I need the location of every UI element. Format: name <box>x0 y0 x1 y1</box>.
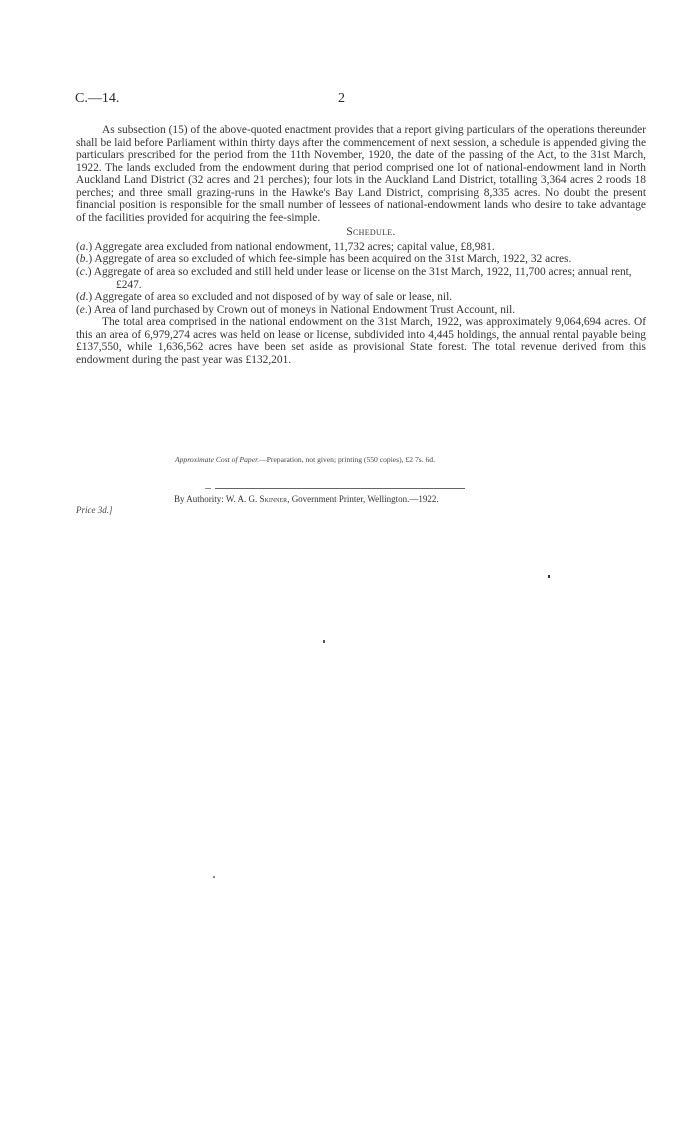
cost-note: Approximate Cost of Paper.—Preparation, … <box>175 455 435 464</box>
schedule-list: (a.) Aggregate area excluded from nation… <box>76 241 646 316</box>
schedule-item: (c.) Aggregate of area so excluded and s… <box>76 266 646 291</box>
intro-paragraph: As subsection (15) of the above-quoted e… <box>76 124 646 224</box>
footer-rule <box>215 488 465 489</box>
document-reference: C.—14. <box>75 91 119 107</box>
cost-text: —Preparation, not given; printing (550 c… <box>259 455 435 464</box>
authority-prefix: By Authority: W. A. G. <box>174 494 260 504</box>
schedule-item-label: a <box>80 241 86 253</box>
schedule-item-label: d <box>80 291 86 303</box>
page-number: 2 <box>338 91 345 107</box>
authority-line: By Authority: W. A. G. Skinner, Governme… <box>174 494 439 504</box>
schedule-item-text: Aggregate area excluded from national en… <box>94 241 494 253</box>
body-text: As subsection (15) of the above-quoted e… <box>76 124 646 366</box>
schedule-item: (b.) Aggregate of area so excluded of wh… <box>76 253 646 266</box>
authority-suffix: , Government Printer, Wellington.—1922. <box>287 494 438 504</box>
price-note: Price 3d.] <box>76 505 113 515</box>
scan-speck <box>213 876 215 878</box>
schedule-item-text: Aggregate of area so excluded and not di… <box>94 291 452 303</box>
rule-dash <box>205 488 211 489</box>
schedule-item-label: b <box>80 253 86 265</box>
schedule-item-text: Aggregate of area so excluded of which f… <box>94 253 571 265</box>
schedule-item-label: e <box>80 304 85 316</box>
schedule-item: (a.) Aggregate area excluded from nation… <box>76 241 646 254</box>
closing-paragraph: The total area comprised in the national… <box>76 316 646 366</box>
scan-speck <box>323 640 325 643</box>
schedule-item: (d.) Aggregate of area so excluded and n… <box>76 291 646 304</box>
schedule-item-text: Area of land purchased by Crown out of m… <box>94 304 515 316</box>
schedule-heading: Schedule. <box>76 226 646 239</box>
page-header: C.—14. 2 <box>75 91 655 111</box>
printer-name: Skinner <box>260 494 288 504</box>
scan-speck <box>548 575 550 578</box>
document-page: C.—14. 2 As subsection (15) of the above… <box>0 0 700 1140</box>
schedule-item-label: c <box>80 266 85 278</box>
schedule-item-text: Aggregate of area so excluded and still … <box>94 266 632 291</box>
cost-label: Approximate Cost of Paper. <box>175 455 259 464</box>
schedule-item: (e.) Area of land purchased by Crown out… <box>76 304 646 317</box>
